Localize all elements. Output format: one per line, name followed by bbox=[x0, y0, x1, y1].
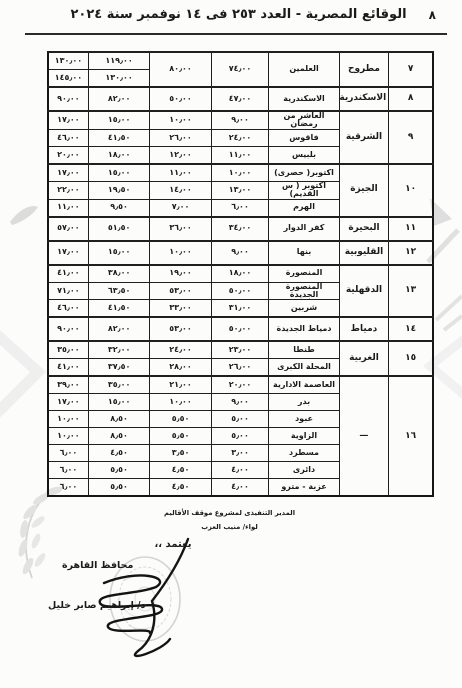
fare-cell: ٥٧٫٠٠ bbox=[48, 217, 88, 241]
row-number-cell: ٩ bbox=[389, 111, 433, 164]
fare-cell: ٣٣٫٠٠ bbox=[150, 300, 211, 318]
fare-cell: ١٩٫٠٠ bbox=[150, 265, 211, 283]
fare-cell: ٣٦٫٠٠ bbox=[150, 217, 211, 241]
city-cell: الزاوية bbox=[269, 428, 340, 445]
fare-cell: ٨٢٫٠٠ bbox=[88, 87, 149, 111]
city-cell: بدر bbox=[269, 394, 340, 411]
fare-cell: ٣٫٥٠ bbox=[150, 445, 211, 462]
fare-cell: ٩٠٫٠٠ bbox=[48, 87, 88, 111]
fares-table-wrap: ٧مطروحالعلمين٧٤٫٠٠٨٠٫٠٠١١٩٫٠٠١٣٠٫٠٠١٣٠٫٠… bbox=[47, 51, 434, 497]
fare-cell: ٢١٫٠٠ bbox=[150, 376, 211, 394]
fare-cell: ١٧٫٠٠ bbox=[48, 394, 88, 411]
approval-word: يعتمد ،، bbox=[150, 539, 196, 550]
fare-cell: ٥٠٫٠٠ bbox=[211, 282, 268, 300]
fare-cell: ٤٦٫٠٠ bbox=[48, 300, 88, 318]
fare-cell: ٥٫٥٠ bbox=[150, 428, 211, 445]
fare-cell: ١٤٫٠٠ bbox=[150, 181, 211, 199]
fare-cell: ٢٠٫٠٠ bbox=[211, 376, 268, 394]
fare-cell: ١٣٠٫٠٠ bbox=[88, 70, 149, 88]
city-cell: شربين bbox=[269, 300, 340, 318]
fare-cell: ٦٣٫٥٠ bbox=[88, 282, 149, 300]
fare-cell: ٢٤٫٠٠ bbox=[211, 129, 268, 146]
row-number-cell: ١٦ bbox=[389, 376, 433, 496]
city-cell: العاشر من رمضان bbox=[269, 111, 340, 129]
fare-cell: ٢٠٫٠٠ bbox=[48, 146, 88, 164]
fare-cell: ٣٥٫٠٠ bbox=[48, 341, 88, 359]
table-row: ١٦—العاصمة الادارية٢٠٫٠٠٢١٫٠٠٣٥٫٠٠٣٩٫٠٠ bbox=[48, 376, 433, 394]
city-cell: دائرى bbox=[269, 462, 340, 479]
fare-cell: ٢٣٫٠٠ bbox=[211, 341, 268, 359]
governorate-cell: الشرقية bbox=[339, 111, 388, 164]
fare-cell: ٢٨٫٠٠ bbox=[150, 359, 211, 377]
fare-cell: ٢٦٫٠٠ bbox=[150, 129, 211, 146]
fare-cell: ٥١٫٥٠ bbox=[88, 217, 149, 241]
fare-cell: ٤١٫٠٠ bbox=[48, 265, 88, 283]
city-cell: العاصمة الادارية bbox=[269, 376, 340, 394]
fare-cell: ١٣٫٠٠ bbox=[211, 181, 268, 199]
fares-table-body: ٧مطروحالعلمين٧٤٫٠٠٨٠٫٠٠١١٩٫٠٠١٣٠٫٠٠١٣٠٫٠… bbox=[48, 52, 433, 496]
city-cell: كفر الدوار bbox=[269, 217, 340, 241]
fare-cell: ١١٫٠٠ bbox=[150, 164, 211, 182]
director-title: المدير التنفيذى لمشروع موقف الأقاليم bbox=[137, 507, 322, 520]
fare-cell: ١٨٫٠٠ bbox=[88, 146, 149, 164]
fare-cell: ١٣٠٫٠٠ bbox=[48, 52, 88, 70]
fare-cell: ٥٣٫٠٠ bbox=[150, 317, 211, 341]
fare-cell: ٩٠٫٠٠ bbox=[48, 317, 88, 341]
fare-cell: ٤٫٥٠ bbox=[88, 445, 149, 462]
fare-cell: ٨٠٫٠٠ bbox=[150, 52, 211, 87]
city-cell: اكتوبر( حصرى) bbox=[269, 164, 340, 182]
fare-cell: ٣٢٫٠٠ bbox=[88, 341, 149, 359]
fare-cell: ١٠٫٠٠ bbox=[48, 411, 88, 428]
fare-cell: ٤٫٠٠ bbox=[211, 462, 268, 479]
footnotes: المدير التنفيذى لمشروع موقف الأقاليم لوا… bbox=[137, 507, 322, 534]
governorate-cell: مطروح bbox=[339, 52, 388, 87]
row-number-cell: ١٢ bbox=[389, 241, 433, 265]
row-number-cell: ١٠ bbox=[389, 164, 433, 217]
city-cell: اكتوبر ( س القديم) bbox=[269, 181, 340, 199]
fare-cell: ٤٫٥٠ bbox=[150, 462, 211, 479]
fare-cell: ١٢٫٠٠ bbox=[150, 146, 211, 164]
governorate-cell: — bbox=[339, 376, 388, 496]
fare-cell: ٨٫٥٠ bbox=[88, 411, 149, 428]
city-cell: المنصورة الجديدة bbox=[269, 282, 340, 300]
fare-cell: ٥٫٠٠ bbox=[211, 428, 268, 445]
fare-cell: ١٤٥٫٠٠ bbox=[48, 70, 88, 88]
fare-cell: ٤١٫٥٠ bbox=[88, 300, 149, 318]
fare-cell: ٦٫٠٠ bbox=[211, 199, 268, 217]
fare-cell: ٤٫٠٠ bbox=[211, 479, 268, 497]
fares-table: ٧مطروحالعلمين٧٤٫٠٠٨٠٫٠٠١١٩٫٠٠١٣٠٫٠٠١٣٠٫٠… bbox=[47, 51, 434, 497]
fare-cell: ٩٫٠٠ bbox=[211, 394, 268, 411]
city-cell: مسطرد bbox=[269, 445, 340, 462]
left-chevron-watermark-icon bbox=[0, 332, 38, 416]
city-cell: عزبة - مترو bbox=[269, 479, 340, 497]
fare-cell: ٥٫٠٠ bbox=[211, 411, 268, 428]
header-rule bbox=[25, 33, 447, 35]
fare-cell: ١٠٫٠٠ bbox=[150, 241, 211, 265]
governorate-cell: دمياط bbox=[339, 317, 388, 341]
table-row: ١٤دمياطدمياط الجديدة٥٠٫٠٠٥٣٫٠٠٨٢٫٠٠٩٠٫٠٠ bbox=[48, 317, 433, 341]
fare-cell: ٣١٫٠٠ bbox=[211, 300, 268, 318]
city-cell: العلمين bbox=[269, 52, 340, 87]
fare-cell: ٤١٫٠٠ bbox=[48, 359, 88, 377]
fare-cell: ١٠٫٠٠ bbox=[48, 428, 88, 445]
city-cell: الهرم bbox=[269, 199, 340, 217]
city-cell: دمياط الجديدة bbox=[269, 317, 340, 341]
fare-cell: ٦٫٠٠ bbox=[48, 445, 88, 462]
approver-title: محافظ القاهرة bbox=[62, 560, 133, 571]
gazette-title: الوقائع المصرية - العدد ٢٥٣ فى ١٤ نوفمبر… bbox=[60, 7, 417, 22]
row-number-cell: ١٥ bbox=[389, 341, 433, 376]
fare-cell: ٥٫٥٠ bbox=[88, 479, 149, 497]
right-chevron-watermark-icon bbox=[430, 336, 462, 398]
gazette-page: الوقائع المصرية - العدد ٢٥٣ فى ١٤ نوفمبر… bbox=[0, 0, 462, 688]
page-number: ٨ bbox=[429, 8, 436, 22]
fare-cell: ١١٫٠٠ bbox=[48, 199, 88, 217]
row-number-cell: ١٤ bbox=[389, 317, 433, 341]
fare-cell: ١٩٫٥٠ bbox=[88, 181, 149, 199]
row-number-cell: ١١ bbox=[389, 217, 433, 241]
city-cell: طنطا bbox=[269, 341, 340, 359]
table-row: ٧مطروحالعلمين٧٤٫٠٠٨٠٫٠٠١١٩٫٠٠١٣٠٫٠٠ bbox=[48, 52, 433, 70]
fare-cell: ٣٤٫٠٠ bbox=[211, 217, 268, 241]
governorate-cell: الجيزة bbox=[339, 164, 388, 217]
fare-cell: ١٠٫٠٠ bbox=[150, 111, 211, 129]
table-row: ١٢القليوبيةبنها٩٫٠٠١٠٫٠٠١٥٫٠٠١٧٫٠٠ bbox=[48, 241, 433, 265]
fare-cell: ٤١٫٥٠ bbox=[88, 129, 149, 146]
fare-cell: ٣٨٫٠٠ bbox=[88, 265, 149, 283]
governorate-cell: الاسكندرية bbox=[339, 87, 388, 111]
fare-cell: ٤٫٥٠ bbox=[150, 479, 211, 497]
fare-cell: ١٧٫٠٠ bbox=[48, 111, 88, 129]
fare-cell: ٤٧٫٠٠ bbox=[211, 87, 268, 111]
fare-cell: ١٥٫٠٠ bbox=[88, 164, 149, 182]
fare-cell: ١٧٫٠٠ bbox=[48, 241, 88, 265]
city-cell: الاسكندرية bbox=[269, 87, 340, 111]
fare-cell: ٣٫٠٠ bbox=[211, 445, 268, 462]
row-number-cell: ١٣ bbox=[389, 265, 433, 318]
table-row: ١٣الدقهليةالمنصورة١٨٫٠٠١٩٫٠٠٣٨٫٠٠٤١٫٠٠ bbox=[48, 265, 433, 283]
fare-cell: ٦٫٠٠ bbox=[48, 479, 88, 497]
table-row: ١١البحيرةكفر الدوار٣٤٫٠٠٣٦٫٠٠٥١٫٥٠٥٧٫٠٠ bbox=[48, 217, 433, 241]
row-number-cell: ٧ bbox=[389, 52, 433, 87]
fare-cell: ١٠٫٠٠ bbox=[211, 164, 268, 182]
left-swoosh-watermark-icon bbox=[10, 206, 38, 225]
fare-cell: ٣٧٫٥٠ bbox=[88, 359, 149, 377]
fare-cell: ١٥٫٠٠ bbox=[88, 394, 149, 411]
fare-cell: ٩٫٥٠ bbox=[88, 199, 149, 217]
fare-cell: ١٠٫٠٠ bbox=[150, 394, 211, 411]
fare-cell: ٥٠٫٠٠ bbox=[211, 317, 268, 341]
fare-cell: ٨٢٫٠٠ bbox=[88, 317, 149, 341]
page-header: الوقائع المصرية - العدد ٢٥٣ فى ١٤ نوفمبر… bbox=[0, 7, 462, 31]
table-row: ١٥الغربيةطنطا٢٣٫٠٠٢٤٫٠٠٣٢٫٠٠٣٥٫٠٠ bbox=[48, 341, 433, 359]
governorate-cell: البحيرة bbox=[339, 217, 388, 241]
fare-cell: ٥٫٥٠ bbox=[88, 462, 149, 479]
fare-cell: ٥٣٫٠٠ bbox=[150, 282, 211, 300]
fare-cell: ١٧٫٠٠ bbox=[48, 164, 88, 182]
fare-cell: ٤٦٫٠٠ bbox=[48, 129, 88, 146]
fare-cell: ١١٩٫٠٠ bbox=[88, 52, 149, 70]
fare-cell: ٧٫٠٠ bbox=[150, 199, 211, 217]
fare-cell: ٢٤٫٠٠ bbox=[150, 341, 211, 359]
fare-cell: ٩٫٠٠ bbox=[211, 241, 268, 265]
director-name: لواء/ منيب العزب bbox=[137, 520, 322, 534]
fare-cell: ٥٠٫٠٠ bbox=[150, 87, 211, 111]
fare-cell: ١٥٫٠٠ bbox=[88, 241, 149, 265]
governorate-cell: القليوبية bbox=[339, 241, 388, 265]
table-row: ١٠الجيزةاكتوبر( حصرى)١٠٫٠٠١١٫٠٠١٥٫٠٠١٧٫٠… bbox=[48, 164, 433, 182]
fare-cell: ٦٫٠٠ bbox=[48, 462, 88, 479]
city-cell: بنها bbox=[269, 241, 340, 265]
governorate-cell: الغربية bbox=[339, 341, 388, 376]
fare-cell: ١٥٫٠٠ bbox=[88, 111, 149, 129]
city-cell: فاقوس bbox=[269, 129, 340, 146]
city-cell: المنصورة bbox=[269, 265, 340, 283]
fare-cell: ٨٫٥٠ bbox=[88, 428, 149, 445]
fare-cell: ٩٫٠٠ bbox=[211, 111, 268, 129]
city-cell: المحلة الكبرى bbox=[269, 359, 340, 377]
fare-cell: ٣٥٫٠٠ bbox=[88, 376, 149, 394]
fare-cell: ٧١٫٠٠ bbox=[48, 282, 88, 300]
fare-cell: ١١٫٠٠ bbox=[211, 146, 268, 164]
fare-cell: ٣٩٫٠٠ bbox=[48, 376, 88, 394]
table-row: ٩الشرقيةالعاشر من رمضان٩٫٠٠١٠٫٠٠١٥٫٠٠١٧٫… bbox=[48, 111, 433, 129]
fare-cell: ١٨٫٠٠ bbox=[211, 265, 268, 283]
row-number-cell: ٨ bbox=[389, 87, 433, 111]
city-cell: بلبيس bbox=[269, 146, 340, 164]
fare-cell: ٢٢٫٠٠ bbox=[48, 181, 88, 199]
approver-name: د/ إبراهيم صابر خليل bbox=[48, 600, 145, 611]
table-row: ٨الاسكندريةالاسكندرية٤٧٫٠٠٥٠٫٠٠٨٢٫٠٠٩٠٫٠… bbox=[48, 87, 433, 111]
fare-cell: ٧٤٫٠٠ bbox=[211, 52, 268, 87]
governorate-cell: الدقهلية bbox=[339, 265, 388, 318]
city-cell: عبود bbox=[269, 411, 340, 428]
fare-cell: ٢٦٫٠٠ bbox=[211, 359, 268, 377]
fare-cell: ٥٫٥٠ bbox=[150, 411, 211, 428]
